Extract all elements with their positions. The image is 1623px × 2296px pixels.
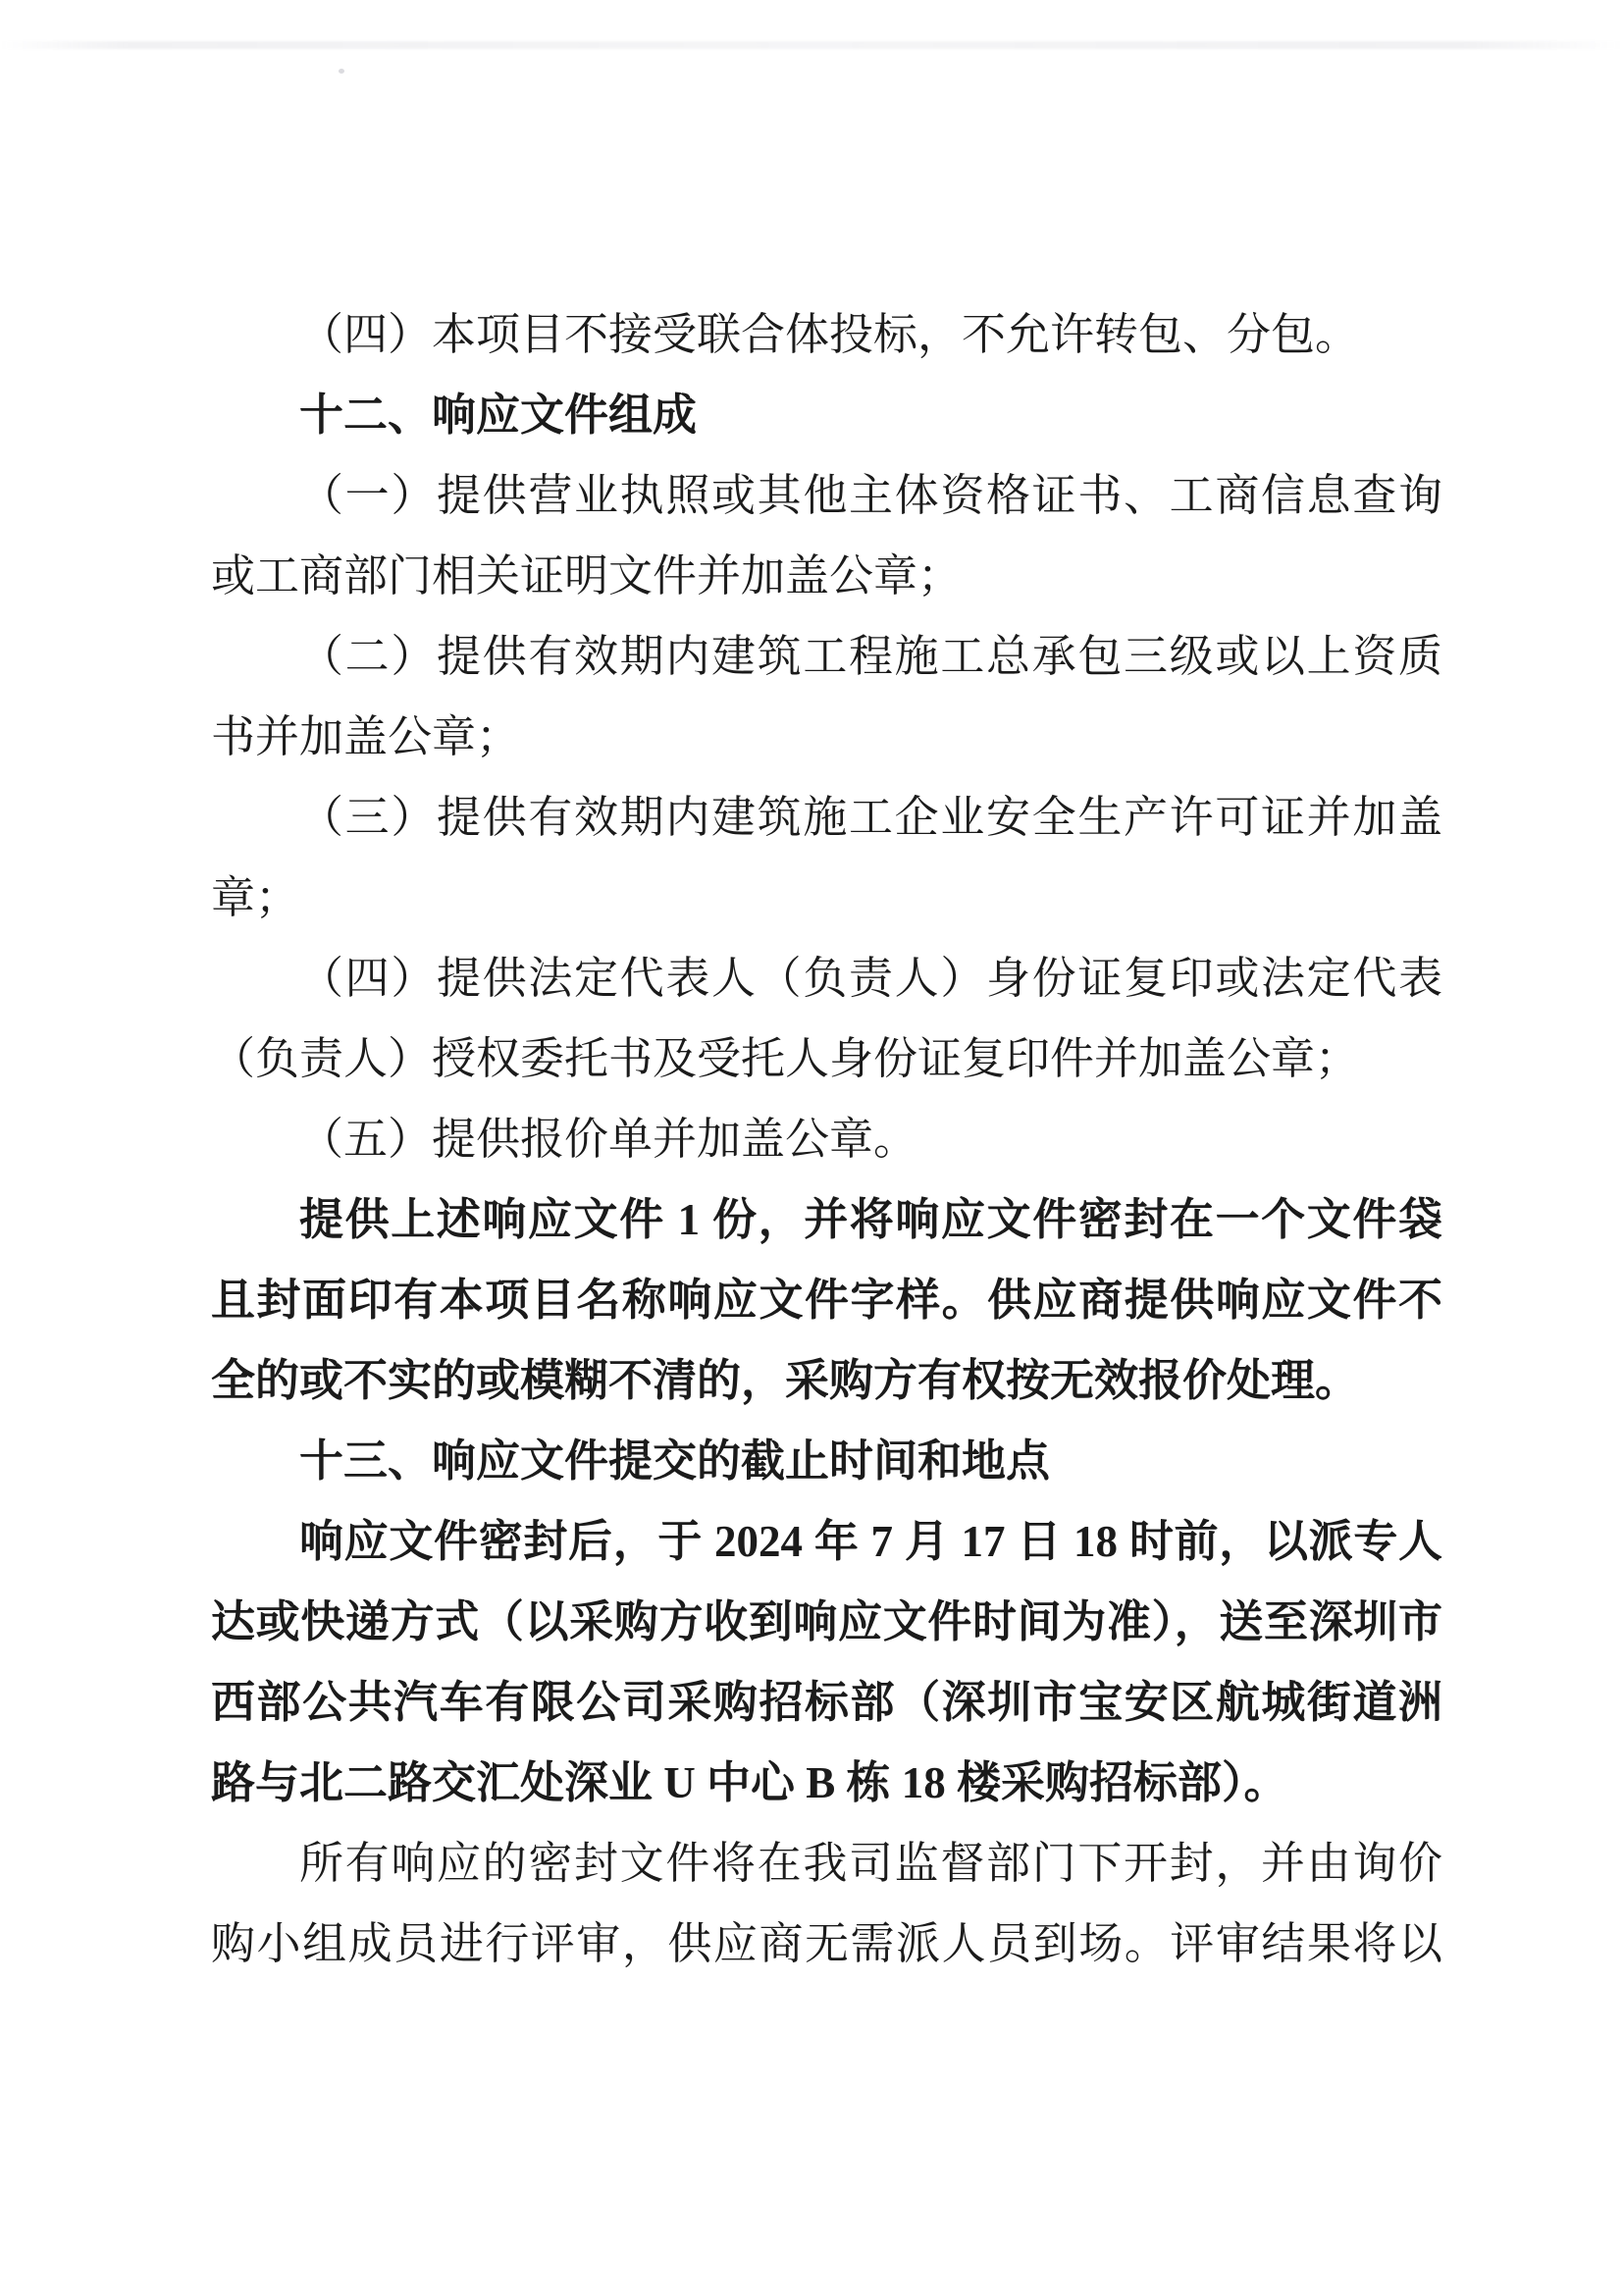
text-line: （五）提供报价单并加盖公章。 [211,1099,1442,1179]
text-line: 章； [211,858,1442,938]
paragraph: 提供上述响应文件 1 份，并将响应文件密封在一个文件袋中且封面印有本项目名称响应… [211,1179,1442,1421]
text-line: 达或快递方式（以采购方收到响应文件时间为准），送至深圳市 [211,1582,1442,1662]
paragraph: 所有响应的密封文件将在我司监督部门下开封，并由询价采购小组成员进行评审，供应商无… [211,1823,1442,1984]
paragraph: （五）提供报价单并加盖公章。 [211,1099,1442,1179]
document-content: （四）本项目不接受联合体投标，不允许转包、分包。十二、响应文件组成（一）提供营业… [211,294,1442,1984]
text-line: 西部公共汽车有限公司采购招标部（深圳市宝安区航城街道洲石 [211,1662,1442,1743]
text-line: （三）提供有效期内建筑施工企业安全生产许可证并加盖公 [211,777,1442,858]
scan-artifact-streak [0,41,1623,49]
text-line: 或工商部门相关证明文件并加盖公章； [211,536,1442,616]
text-line: 十三、响应文件提交的截止时间和地点 [211,1421,1442,1501]
text-line: 提供上述响应文件 1 份，并将响应文件密封在一个文件袋中 [211,1179,1442,1260]
text-line: 所有响应的密封文件将在我司监督部门下开封，并由询价采 [211,1823,1442,1904]
text-line: 十二、响应文件组成 [211,375,1442,455]
paragraph: （一）提供营业执照或其他主体资格证书、工商信息查询单或工商部门相关证明文件并加盖… [211,455,1442,616]
section-heading: 十二、响应文件组成 [211,375,1442,455]
text-line: 路与北二路交汇处深业 U 中心 B 栋 18 楼采购招标部）。 [211,1743,1442,1823]
paragraph: （四）提供法定代表人（负责人）身份证复印或法定代表人（负责人）授权委托书及受托人… [211,938,1442,1099]
text-line: （负责人）授权委托书及受托人身份证复印件并加盖公章； [211,1018,1442,1099]
text-line: （四）提供法定代表人（负责人）身份证复印或法定代表人 [211,938,1442,1018]
text-line: 响应文件密封后，于 2024 年 7 月 17 日 18 时前，以派专人送 [211,1501,1442,1582]
paragraph: （三）提供有效期内建筑施工企业安全生产许可证并加盖公章； [211,777,1442,938]
text-line: （二）提供有效期内建筑工程施工总承包三级或以上资质证 [211,616,1442,697]
text-line: 书并加盖公章； [211,697,1442,777]
text-line: 购小组成员进行评审，供应商无需派人员到场。评审结果将以电 [211,1904,1442,1984]
text-line: （一）提供营业执照或其他主体资格证书、工商信息查询单 [211,455,1442,536]
paragraph: 响应文件密封后，于 2024 年 7 月 17 日 18 时前，以派专人送达或快… [211,1501,1442,1823]
document-page: （四）本项目不接受联合体投标，不允许转包、分包。十二、响应文件组成（一）提供营业… [0,0,1623,2296]
paragraph: （二）提供有效期内建筑工程施工总承包三级或以上资质证书并加盖公章； [211,616,1442,777]
paragraph: （四）本项目不接受联合体投标，不允许转包、分包。 [211,294,1442,375]
scan-artifact-speck [339,69,344,74]
text-line: 全的或不实的或模糊不清的，采购方有权按无效报价处理。 [211,1340,1442,1421]
text-line: 且封面印有本项目名称响应文件字样。供应商提供响应文件不齐 [211,1260,1442,1340]
text-line: （四）本项目不接受联合体投标，不允许转包、分包。 [211,294,1442,375]
section-heading: 十三、响应文件提交的截止时间和地点 [211,1421,1442,1501]
